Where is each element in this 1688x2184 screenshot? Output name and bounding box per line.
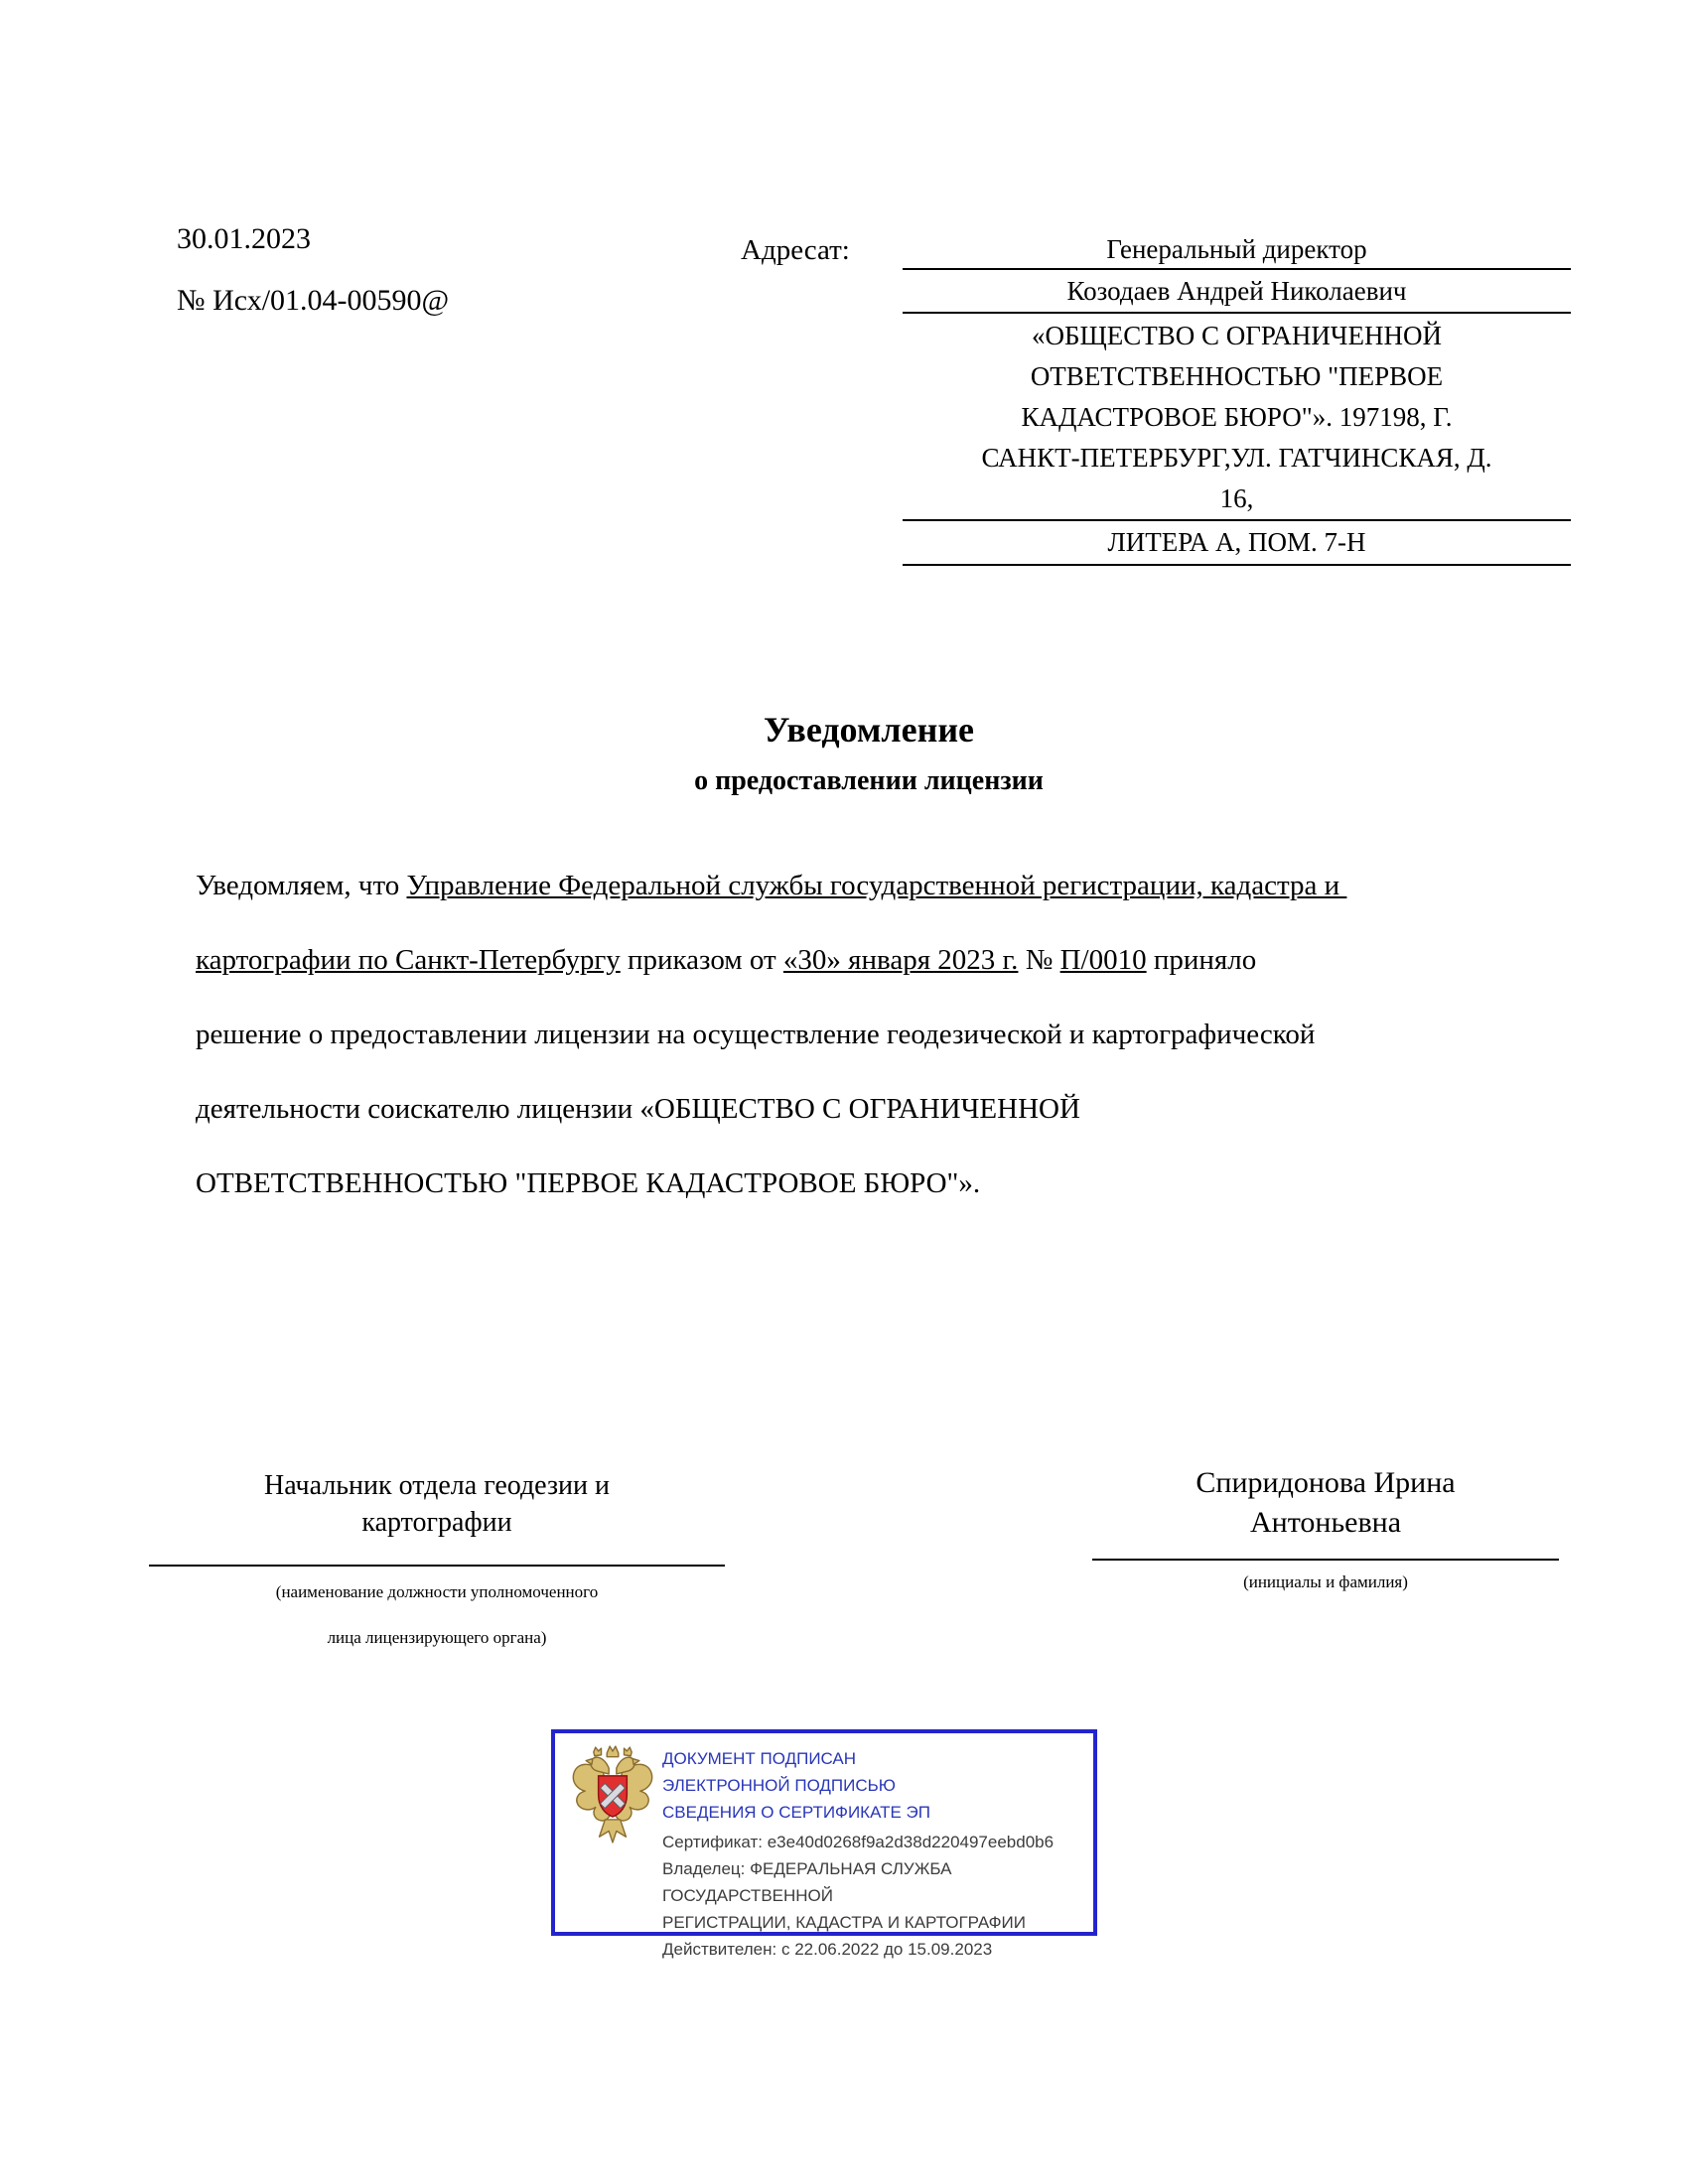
body-text-underlined: «30» января 2023 г.	[783, 944, 1019, 976]
signature-block-right: Спиридонова Ирина Антоньевна (инициалы и…	[1092, 1463, 1559, 1592]
body-text-plain: приняло	[1147, 944, 1257, 976]
stamp-owner: Владелец: ФЕДЕРАЛЬНАЯ СЛУЖБА ГОСУДАРСТВЕ…	[662, 1855, 1093, 1909]
document-date: 30.01.2023	[177, 222, 311, 256]
body-paragraph: Уведомляем, что Управление Федеральной с…	[196, 849, 1556, 1221]
org-address-line: КАДАСТРОВОЕ БЮРО"». 197198, Г.	[903, 397, 1571, 438]
document-subtitle: о предоставлении лицензии	[189, 764, 1549, 798]
signature-caption: (наименование должности уполномоченного	[149, 1582, 725, 1602]
signer-name: Спиридонова Ирина Антоньевна	[1092, 1463, 1559, 1543]
signature-block-left: Начальник отдела геодезии и картографии …	[149, 1467, 725, 1648]
stamp-validity: Действителен: с 22.06.2022 до 15.09.2023	[662, 1936, 1093, 1963]
addressee-label: Адресат:	[741, 234, 850, 267]
title-block: Уведомление о предоставлении лицензии	[189, 708, 1549, 798]
document-title: Уведомление	[189, 708, 1549, 751]
signature-line	[149, 1565, 725, 1567]
signer-position: Начальник отдела геодезии и картографии	[149, 1467, 725, 1541]
body-line-2: картографии по Санкт-Петербургу приказом…	[196, 923, 1556, 998]
signer-position-line: Начальник отдела геодезии и	[149, 1467, 725, 1504]
addressee-position: Генеральный директор	[903, 230, 1571, 270]
body-text-underlined: картографии по Санкт-Петербургу	[196, 944, 621, 976]
org-address-line: 16,	[903, 478, 1571, 519]
body-line-1: Уведомляем, что Управление Федеральной с…	[196, 849, 1556, 923]
body-text-plain: Уведомляем, что	[196, 870, 407, 901]
signature-line	[1092, 1559, 1559, 1561]
body-text-plain: приказом от	[621, 944, 783, 976]
stamp-owner: РЕГИСТРАЦИИ, КАДАСТРА И КАРТОГРАФИИ	[662, 1909, 1093, 1936]
body-line-5: ОТВЕТСТВЕННОСТЬЮ "ПЕРВОЕ КАДАСТРОВОЕ БЮР…	[196, 1147, 1556, 1221]
stamp-header: ЭЛЕКТРОННОЙ ПОДПИСЬЮ	[662, 1772, 1093, 1799]
addressee-block: Генеральный директор Козодаев Андрей Ник…	[903, 230, 1571, 566]
signer-name-line: Антоньевна	[1092, 1503, 1559, 1543]
addressee-room: ЛИТЕРА А, ПОМ. 7-Н	[903, 521, 1571, 566]
stamp-text-block: ДОКУМЕНТ ПОДПИСАН ЭЛЕКТРОННОЙ ПОДПИСЬЮ С…	[662, 1745, 1093, 1963]
signer-name-line: Спиридонова Ирина	[1092, 1463, 1559, 1503]
signature-caption: (инициалы и фамилия)	[1092, 1572, 1559, 1592]
org-address-line: ОТВЕТСТВЕННОСТЬЮ "ПЕРВОЕ	[903, 356, 1571, 397]
body-text-underlined: Управление Федеральной службы государств…	[407, 870, 1347, 901]
addressee-organization-address: «ОБЩЕСТВО С ОГРАНИЧЕННОЙ ОТВЕТСТВЕННОСТЬ…	[903, 314, 1571, 521]
org-address-line: «ОБЩЕСТВО С ОГРАНИЧЕННОЙ	[903, 316, 1571, 356]
signature-caption: лица лицензирующего органа)	[149, 1628, 725, 1648]
body-line-3: решение о предоставлении лицензии на осу…	[196, 998, 1556, 1072]
stamp-header: СВЕДЕНИЯ О СЕРТИФИКАТЕ ЭП	[662, 1799, 1093, 1826]
body-line-4: деятельности соискателю лицензии «ОБЩЕСТ…	[196, 1072, 1556, 1147]
stamp-header: ДОКУМЕНТ ПОДПИСАН	[662, 1745, 1093, 1772]
body-text-plain: №	[1018, 944, 1059, 976]
document-number: № Исх/01.04-00590@	[177, 284, 449, 318]
coat-of-arms-icon	[567, 1743, 658, 1848]
signer-position-line: картографии	[149, 1504, 725, 1541]
stamp-certificate: Сертификат: e3e40d0268f9a2d38d220497eebd…	[662, 1829, 1093, 1855]
addressee-name: Козодаев Андрей Николаевич	[903, 270, 1571, 314]
body-text-underlined: П/0010	[1060, 944, 1147, 976]
digital-signature-stamp: ДОКУМЕНТ ПОДПИСАН ЭЛЕКТРОННОЙ ПОДПИСЬЮ С…	[551, 1729, 1097, 1936]
org-address-line: САНКТ-ПЕТЕРБУРГ,УЛ. ГАТЧИНСКАЯ, Д.	[903, 438, 1571, 478]
